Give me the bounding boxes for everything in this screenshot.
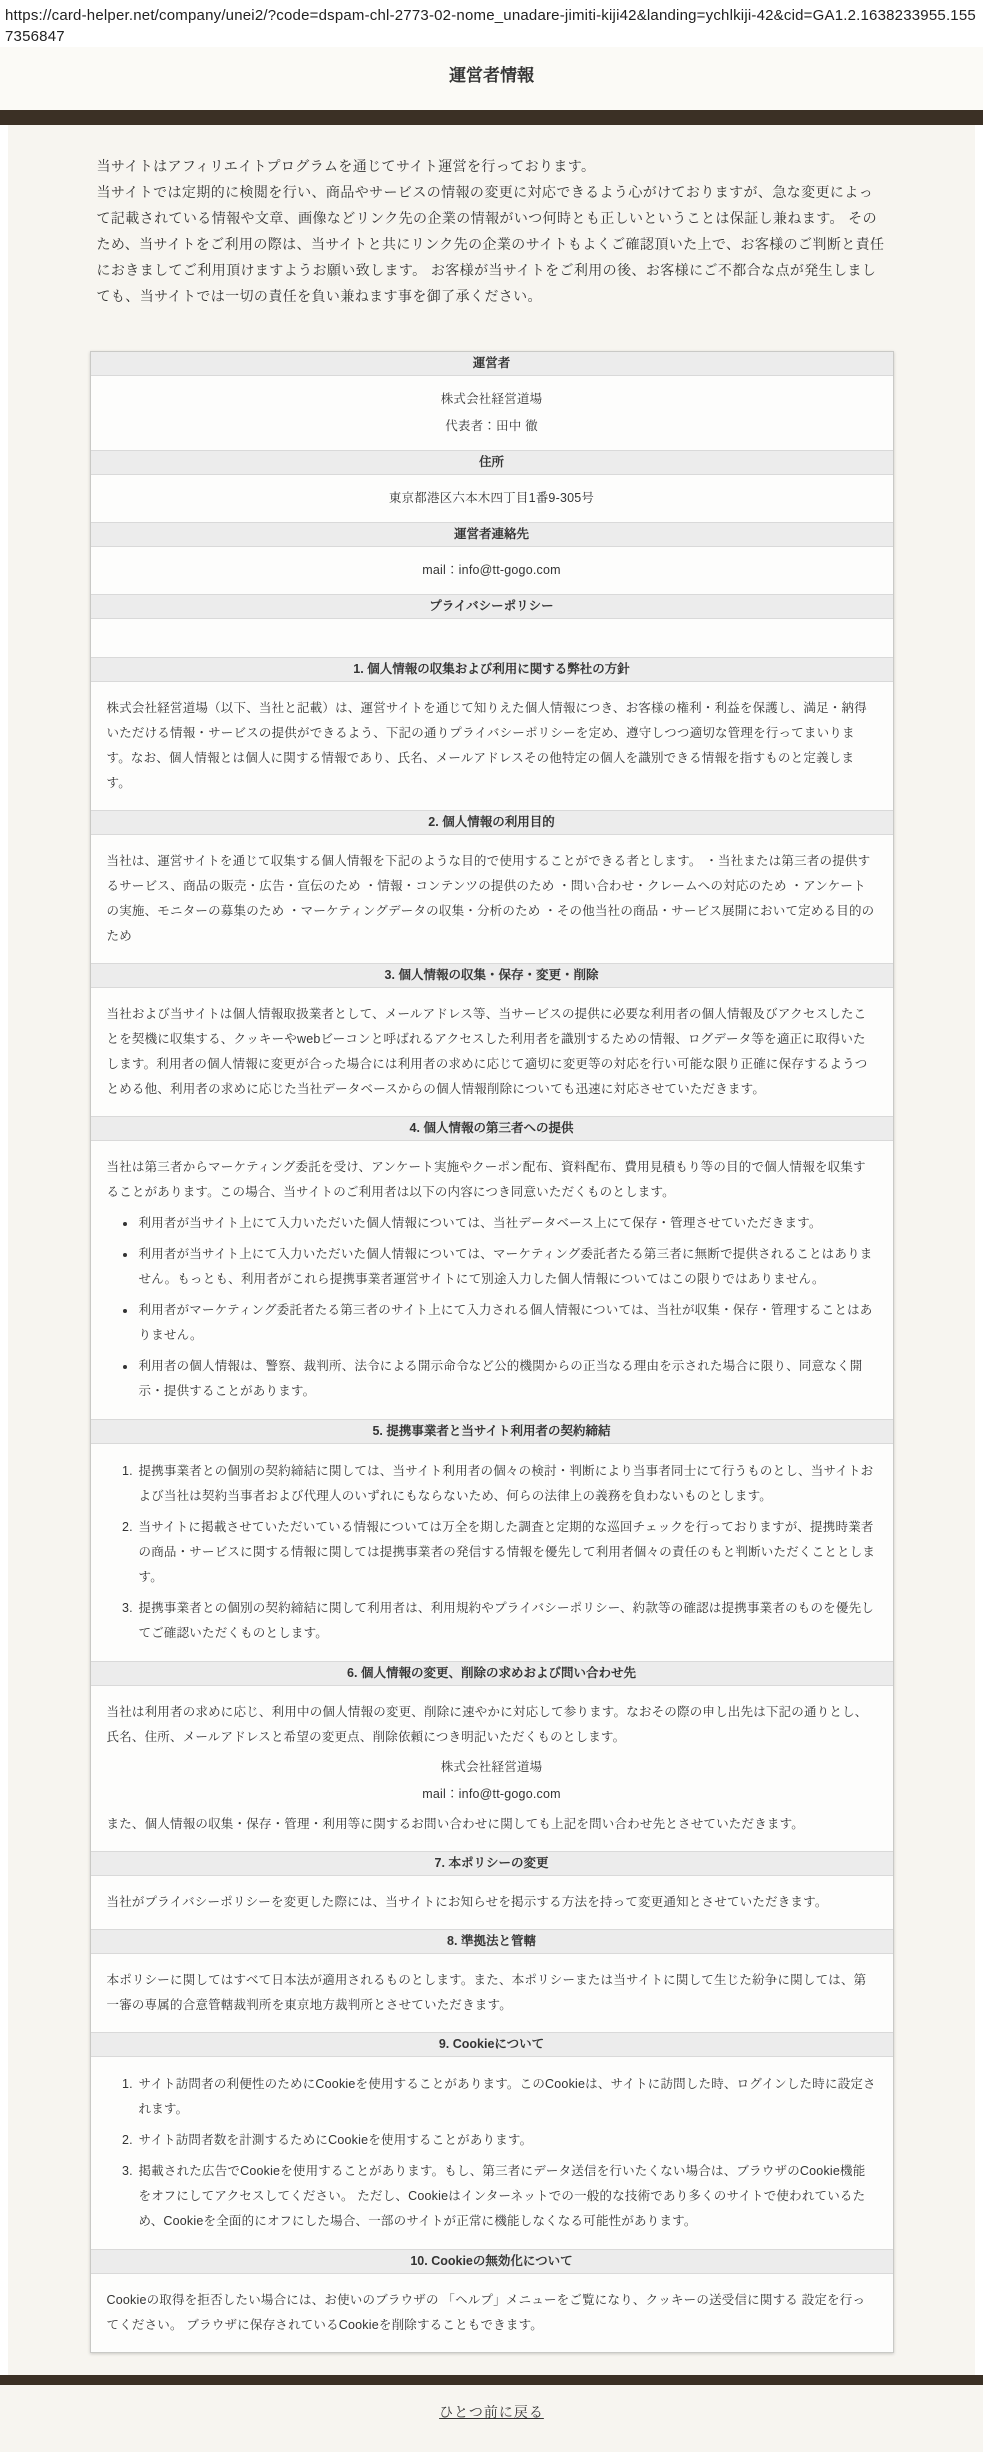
section-body-3: mail：info@tt-gogo.com (91, 547, 893, 594)
paragraph-text: また、個人情報の収集・保存・管理・利用等に関するお問い合わせに関しても上記を問い… (107, 1812, 877, 1837)
section-header-4: プライバシーポリシー (91, 594, 893, 619)
operator-info-table: 運営者株式会社経営道場代表者：田中 徹住所東京都港区六本木四丁目1番9-305号… (90, 351, 894, 2353)
paragraph-text: 当社がプライバシーポリシーを変更した際には、当サイトにお知らせを掲示する方法を持… (107, 1890, 877, 1915)
intro-paragraph-1: 当サイトはアフィリエイトプログラムを通じてサイト運営を行っております。 (97, 153, 887, 179)
empty-row (107, 628, 877, 648)
paragraph-text: 株式会社経営道場（以下、当社と記載）は、運営サイトを通じて知りえた個人情報につき… (107, 696, 877, 796)
section-body-8: 当社は第三者からマーケティング委託を受け、アンケート実施やクーポン配布、資料配布… (91, 1141, 893, 1419)
section-body-2: 東京都港区六本木四丁目1番9-305号 (91, 475, 893, 522)
section-body-14: Cookieの取得を拒否したい場合には、お使いのブラウザの 「ヘルプ」メニューを… (91, 2274, 893, 2352)
section-header-11: 7. 本ポリシーの変更 (91, 1851, 893, 1876)
list-item: 利用者がマーケティング委託者たる第三者のサイト上にて入力される個人情報については… (137, 1298, 877, 1348)
paragraph-text: 本ポリシーに関してはすべて日本法が適用されるものとします。また、本ポリシーまたは… (107, 1968, 877, 2018)
main-content: 当サイトはアフィリエイトプログラムを通じてサイト運営を行っております。当サイトで… (8, 125, 975, 2375)
intro-paragraph-2: 当サイトでは定期的に検閲を行い、商品やサービスの情報の変更に対応できるよう心がけ… (97, 179, 887, 309)
section-body-9: 提携事業者との個別の契約締結に関しては、当サイト利用者の個々の検討・判断により当… (91, 1444, 893, 1661)
section-header-14: 10. Cookieの無効化について (91, 2249, 893, 2274)
section-header-5: 1. 個人情報の収集および利用に関する弊社の方針 (91, 657, 893, 682)
list-item: 利用者の個人情報は、警察、裁判所、法令による開示命令など公的機関からの正当なる理… (137, 1354, 877, 1404)
section-body-7: 当社および当サイトは個人情報取扱業者として、メールアドレス等、当サービスの提供に… (91, 988, 893, 1116)
section-header-2: 住所 (91, 450, 893, 475)
section-body-10: 当社は利用者の求めに応じ、利用中の個人情報の変更、削除に速やかに対応して参ります… (91, 1686, 893, 1851)
back-link[interactable]: ひとつ前に戻る (439, 2404, 544, 2420)
bullet-list: 利用者が当サイト上にて入力いただいた個人情報については、当社データベース上にて保… (107, 1211, 877, 1404)
section-body-6: 当社は、運営サイトを通じて収集する個人情報を下記のような目的で使用することができ… (91, 835, 893, 963)
centered-text: mail：info@tt-gogo.com (107, 558, 877, 583)
list-item: 提携事業者との個別の契約締結に関して利用者は、利用規約やプライバシーポリシー、約… (137, 1596, 877, 1646)
section-body-1: 株式会社経営道場代表者：田中 徹 (91, 376, 893, 450)
page-url-text: https://card-helper.net/company/unei2/?c… (0, 0, 983, 47)
section-header-13: 9. Cookieについて (91, 2032, 893, 2057)
list-item: サイト訪問者数を計測するためにCookieを使用することがあります。 (137, 2128, 877, 2153)
section-header-10: 6. 個人情報の変更、削除の求めおよび問い合わせ先 (91, 1661, 893, 1686)
section-body-5: 株式会社経営道場（以下、当社と記載）は、運営サイトを通じて知りえた個人情報につき… (91, 682, 893, 810)
paragraph-text: 当社は第三者からマーケティング委託を受け、アンケート実施やクーポン配布、資料配布… (107, 1155, 877, 1205)
section-header-7: 3. 個人情報の収集・保存・変更・削除 (91, 963, 893, 988)
numbered-list: 提携事業者との個別の契約締結に関しては、当サイト利用者の個々の検討・判断により当… (107, 1459, 877, 1646)
footer-divider-bar (0, 2375, 983, 2385)
list-item: 利用者が当サイト上にて入力いただいた個人情報については、当社データベース上にて保… (137, 1211, 877, 1236)
section-header-9: 5. 提携事業者と当サイト利用者の契約締結 (91, 1419, 893, 1444)
centered-text: 代表者：田中 徹 (107, 414, 877, 439)
paragraph-text: Cookieの取得を拒否したい場合には、お使いのブラウザの 「ヘルプ」メニューを… (107, 2288, 877, 2338)
centered-text: 東京都港区六本木四丁目1番9-305号 (107, 486, 877, 511)
centered-text: mail：info@tt-gogo.com (107, 1782, 877, 1807)
centered-text: 株式会社経営道場 (107, 1755, 877, 1780)
list-item: 掲載された広告でCookieを使用することがあります。もし、第三者にデータ送信を… (137, 2159, 877, 2234)
footer: ひとつ前に戻る (0, 2385, 983, 2452)
section-body-11: 当社がプライバシーポリシーを変更した際には、当サイトにお知らせを掲示する方法を持… (91, 1876, 893, 1929)
centered-text: 株式会社経営道場 (107, 387, 877, 412)
section-header-3: 運営者連絡先 (91, 522, 893, 547)
paragraph-text: 当社は利用者の求めに応じ、利用中の個人情報の変更、削除に速やかに対応して参ります… (107, 1700, 877, 1750)
section-body-4 (91, 619, 893, 657)
section-body-12: 本ポリシーに関してはすべて日本法が適用されるものとします。また、本ポリシーまたは… (91, 1954, 893, 2032)
section-header-8: 4. 個人情報の第三者への提供 (91, 1116, 893, 1141)
section-body-13: サイト訪問者の利便性のためにCookieを使用することがあります。このCooki… (91, 2057, 893, 2249)
intro-text: 当サイトはアフィリエイトプログラムを通じてサイト運営を行っております。当サイトで… (97, 153, 887, 309)
paragraph-text: 当社および当サイトは個人情報取扱業者として、メールアドレス等、当サービスの提供に… (107, 1002, 877, 1102)
section-header-1: 運営者 (91, 352, 893, 376)
header-divider-bar (0, 110, 983, 125)
section-header-12: 8. 準拠法と管轄 (91, 1929, 893, 1954)
numbered-list: サイト訪問者の利便性のためにCookieを使用することがあります。このCooki… (107, 2072, 877, 2234)
list-item: 利用者が当サイト上にて入力いただいた個人情報については、マーケティング委託者たる… (137, 1242, 877, 1292)
page-title: 運営者情報 (0, 57, 983, 86)
section-header-6: 2. 個人情報の利用目的 (91, 810, 893, 835)
header-band: 運営者情報 (0, 47, 983, 125)
paragraph-text: 当社は、運営サイトを通じて収集する個人情報を下記のような目的で使用することができ… (107, 849, 877, 949)
list-item: 提携事業者との個別の契約締結に関しては、当サイト利用者の個々の検討・判断により当… (137, 1459, 877, 1509)
list-item: サイト訪問者の利便性のためにCookieを使用することがあります。このCooki… (137, 2072, 877, 2122)
list-item: 当サイトに掲載させていただいている情報については万全を期した調査と定期的な巡回チ… (137, 1515, 877, 1590)
